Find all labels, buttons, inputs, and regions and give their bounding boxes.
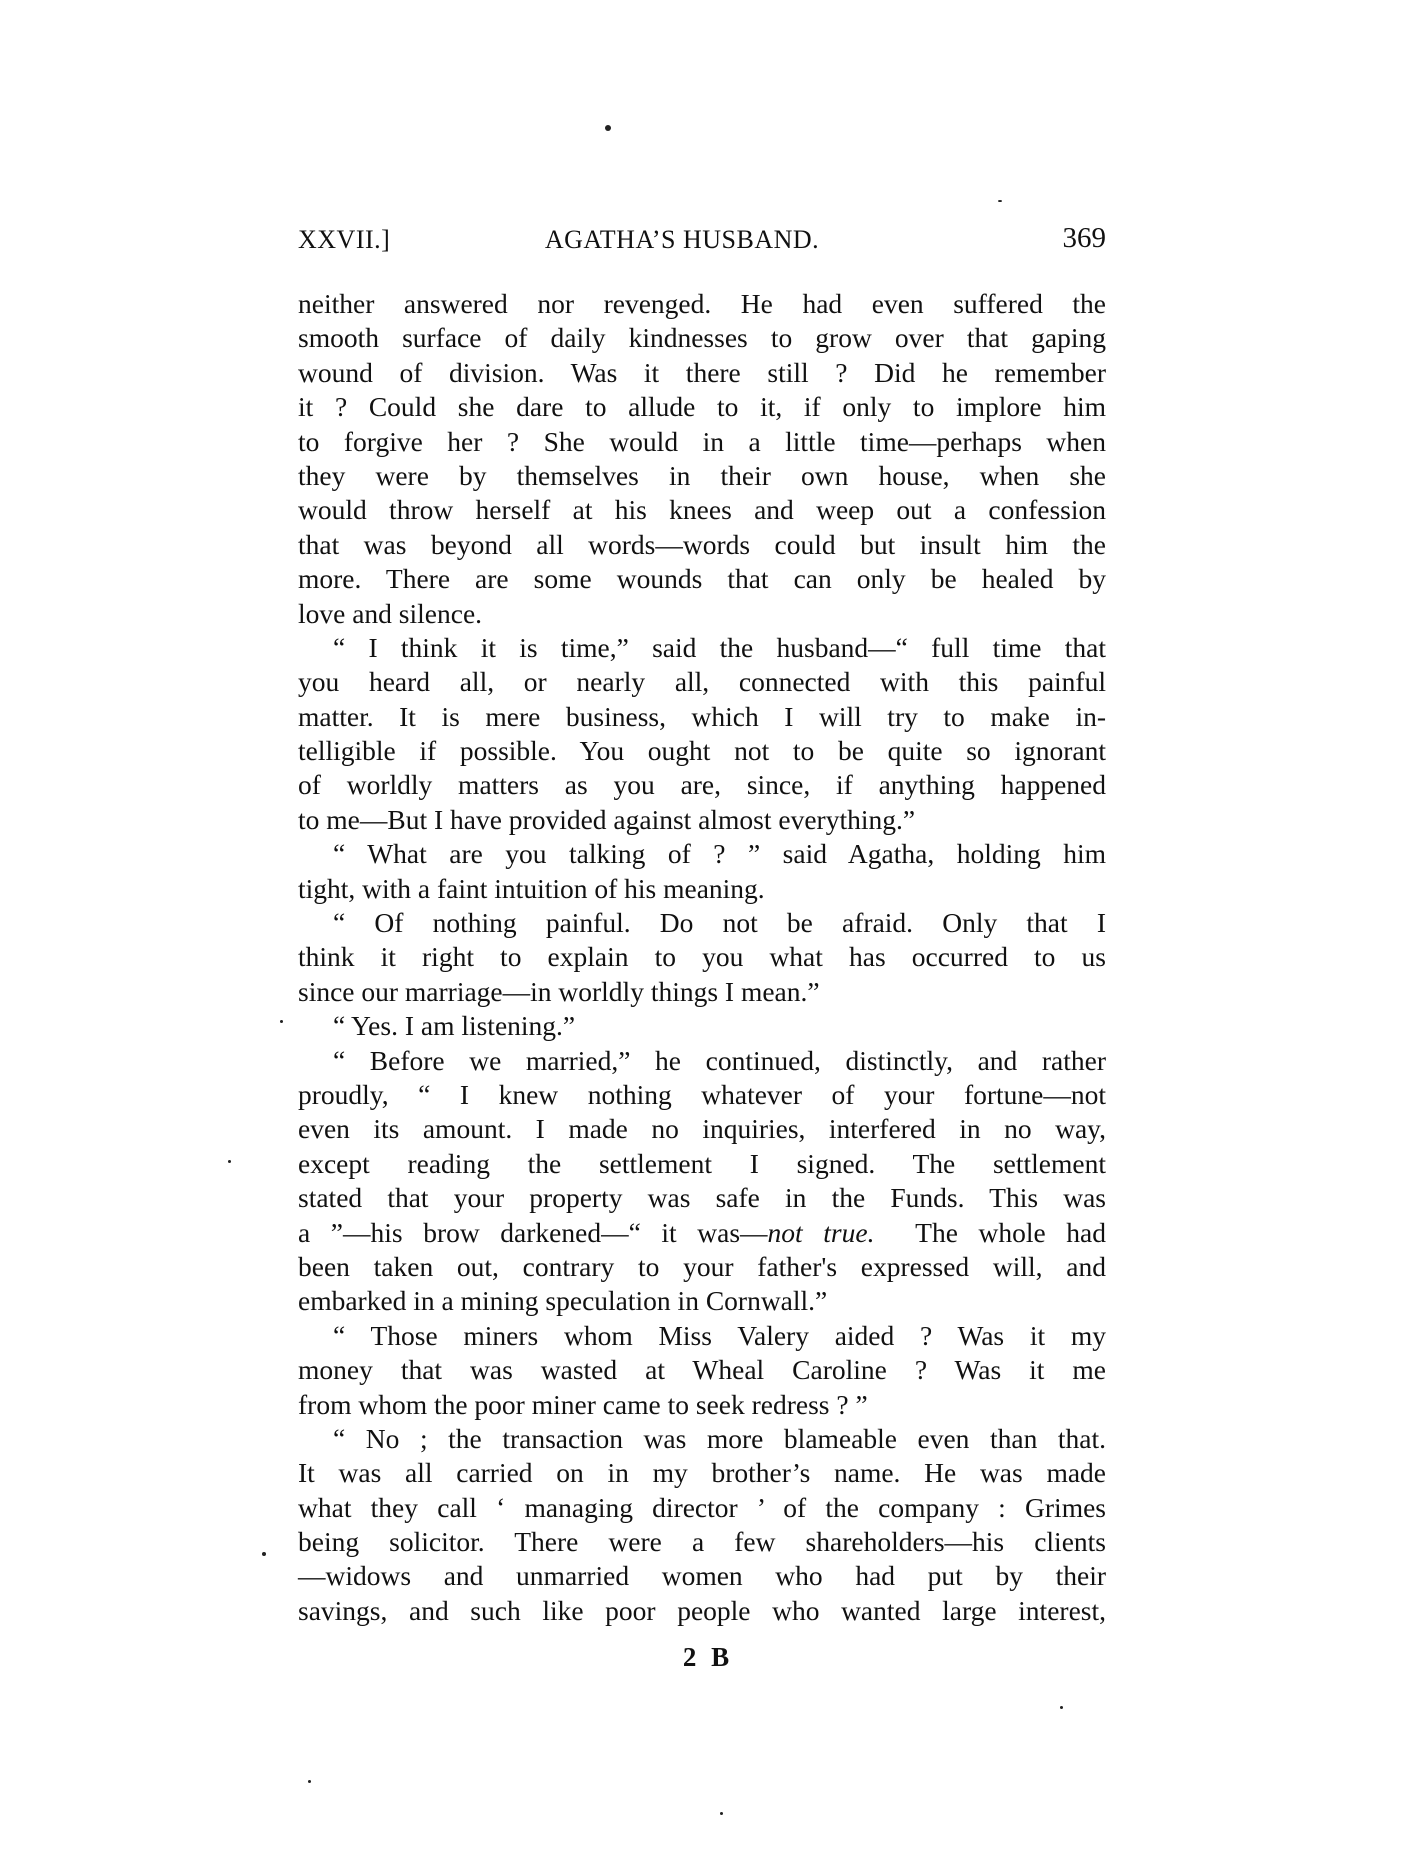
text-line: think it right to explain to you what ha… (298, 940, 1106, 974)
text-line: tight, with a faint intuition of his mea… (298, 872, 1106, 906)
text-line: It was all carried on in my brother’s na… (298, 1456, 1106, 1490)
text-line: —widows and unmarried women who had put … (298, 1559, 1106, 1593)
text-line: being solicitor. There were a few shareh… (298, 1525, 1106, 1559)
text-line: from whom the poor miner came to seek re… (298, 1388, 1106, 1422)
text-line: savings, and such like poor people who w… (298, 1594, 1106, 1628)
scan-speck (308, 1780, 311, 1783)
text-line: “ Before we married,” he continued, dist… (298, 1044, 1106, 1078)
text-line: money that was wasted at Wheal Caroline … (298, 1353, 1106, 1387)
text-line: matter. It is mere business, which I wil… (298, 700, 1106, 734)
paragraph: “ Yes. I am listening.” (298, 1009, 1106, 1043)
text-line: even its amount. I made no inquiries, in… (298, 1112, 1106, 1146)
text-line: it ? Could she dare to allude to it, if … (298, 390, 1106, 424)
text-line: you heard all, or nearly all, connected … (298, 665, 1106, 699)
paragraph: “ No ; the transaction was more blameabl… (298, 1422, 1106, 1628)
text-line: “ Of nothing painful. Do not be afraid. … (298, 906, 1106, 940)
paragraph: “ Before we married,” he continued, dist… (298, 1044, 1106, 1319)
text-line: “ Those miners whom Miss Valery aided ? … (298, 1319, 1106, 1353)
paragraph: “ I think it is time,” said the husband—… (298, 631, 1106, 837)
text-line: “ I think it is time,” said the husband—… (298, 631, 1106, 665)
signature-mark: 2 B (660, 1642, 756, 1673)
text-line: wound of division. Was it there still ? … (298, 356, 1106, 390)
paragraph: neither answered nor revenged. He had ev… (298, 287, 1106, 631)
text-line: that was beyond all words—words could bu… (298, 528, 1106, 562)
text-line: neither answered nor revenged. He had ev… (298, 287, 1106, 321)
text-line: telligible if possible. You ought not to… (298, 734, 1106, 768)
text-line: stated that your property was safe in th… (298, 1181, 1106, 1215)
running-head: XXVII.] AGATHA’S HUSBAND. 369 (298, 222, 1106, 258)
text-line: of worldly matters as you are, since, if… (298, 768, 1106, 802)
scan-speck (1060, 1706, 1063, 1709)
scan-speck (605, 125, 611, 131)
text-fragment: The whole had (874, 1217, 1106, 1248)
text-line: except reading the settlement I signed. … (298, 1147, 1106, 1181)
paragraph: “ Of nothing painful. Do not be afraid. … (298, 906, 1106, 1009)
body-text: neither answered nor revenged. He had ev… (298, 287, 1106, 1628)
italic-emphasis: not true. (768, 1217, 875, 1248)
text-line: to forgive her ? She would in a little t… (298, 425, 1106, 459)
scan-speck (998, 200, 1002, 202)
text-line: would throw herself at his knees and wee… (298, 493, 1106, 527)
text-line: proudly, “ I knew nothing whatever of yo… (298, 1078, 1106, 1112)
text-line: “ No ; the transaction was more blameabl… (298, 1422, 1106, 1456)
text-line: more. There are some wounds that can onl… (298, 562, 1106, 596)
running-title: AGATHA’S HUSBAND. (298, 222, 1106, 258)
text-line: embarked in a mining speculation in Corn… (298, 1284, 1106, 1318)
text-fragment: a ”—his brow darkened—“ it was— (298, 1217, 768, 1248)
paragraph: “ What are you talking of ? ” said Agath… (298, 837, 1106, 906)
text-line: “ What are you talking of ? ” said Agath… (298, 837, 1106, 871)
text-line: since our marriage—in worldly things I m… (298, 975, 1106, 1009)
paragraph: “ Those miners whom Miss Valery aided ? … (298, 1319, 1106, 1422)
text-line: “ Yes. I am listening.” (298, 1009, 1106, 1043)
scan-speck (280, 1020, 283, 1023)
text-line: what they call ‘ managing director ’ of … (298, 1491, 1106, 1525)
scan-speck (262, 1552, 266, 1556)
scan-speck (720, 1812, 723, 1815)
text-line: love and silence. (298, 597, 1106, 631)
text-line: smooth surface of daily kindnesses to gr… (298, 321, 1106, 355)
text-line: to me—But I have provided against almost… (298, 803, 1106, 837)
text-line-with-italic: a ”—his brow darkened—“ it was—not true.… (298, 1216, 1106, 1250)
text-line: been taken out, contrary to your father'… (298, 1250, 1106, 1284)
page-number: 369 (1063, 220, 1107, 256)
scan-speck (228, 1160, 231, 1163)
book-page: XXVII.] AGATHA’S HUSBAND. 369 neither an… (0, 0, 1401, 1851)
text-line: they were by themselves in their own hou… (298, 459, 1106, 493)
